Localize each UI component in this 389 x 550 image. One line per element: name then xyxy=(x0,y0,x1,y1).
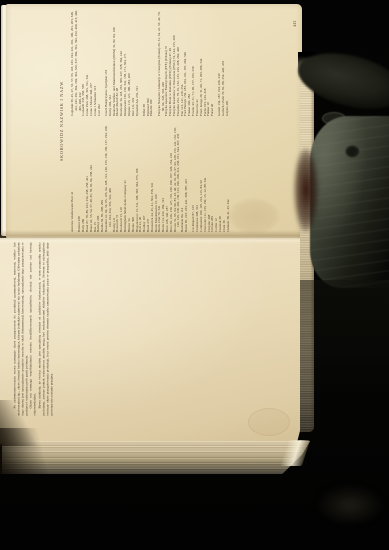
paper-stain-ring xyxy=(248,408,290,436)
dark-object-cylinder xyxy=(310,116,389,288)
page-number: 441 xyxy=(293,20,297,27)
index-entry: Aniczew Gładkowski Piotr 41 xyxy=(71,125,75,232)
index-entry: Ekholm 180 xyxy=(150,9,154,116)
index-entry: Buick 85, 223, 233, 441, 368, 387, 415 xyxy=(185,125,189,232)
photo-of-open-book: SKOROWIDZ NAZWISK I NAZW Aniczew Gładkow… xyxy=(0,0,389,550)
dark-maroon-shadow xyxy=(294,148,318,232)
paragraph: Po zademonstrowaniu wzoru następuje okre… xyxy=(13,243,29,416)
index-entry: Bessemer 41, 94, 54, 65, 105, 94, 128, 1… xyxy=(105,125,113,232)
index-entry: Furtel 40 xyxy=(211,9,215,116)
paragraph: Okres ten wymaga współdziałania wysoko k… xyxy=(29,243,37,416)
index-group: Aniczew Gładkowski Piotr 41 xyxy=(71,125,75,232)
index-group: Ballard 438Bally 286Basel 67, 78, 88, 22… xyxy=(78,125,189,232)
index-group: Car-Riquelt 87, 123Clarkstone 308, 312Co… xyxy=(192,125,230,232)
index-group: Cegielski 30, 45, 47, 53, 57, 93, 118, 1… xyxy=(71,9,102,116)
index-group: Garrett 134, 187, 194, 226, 240Gerlach i… xyxy=(218,9,229,116)
paragraph: Bywa niekiedy, że twórca modelu jest spe… xyxy=(37,243,53,416)
index-columns: Aniczew Gładkowski Piotr 41Ballard 438Ba… xyxy=(64,4,234,238)
dark-object-lower-shade xyxy=(300,280,389,460)
paper-stain xyxy=(228,198,280,234)
index-group: Fabryka Narzędzi i Amunicji w Cieszynie … xyxy=(158,9,215,116)
index-column-1: Aniczew Gładkowski Piotr 41Ballard 438Ba… xyxy=(71,125,234,232)
faint-floor-smudge xyxy=(318,486,382,524)
index-group: Eiffel 38Ejsmond 390Ekholm 180 xyxy=(143,9,154,116)
index-entry: Gdynia 281 xyxy=(226,9,230,116)
index-entry: Curt 262 xyxy=(98,9,102,116)
index-entry: Dynamit AG 232, 191 xyxy=(136,9,140,116)
index-column-2: Cegielski 30, 45, 47, 53, 57, 93, 118, 1… xyxy=(71,9,234,116)
index-group: Czech Bakijczyków Syndykat 133Darby 294,… xyxy=(105,9,139,116)
corner-shadow xyxy=(0,400,46,446)
dark-object-knob xyxy=(345,145,360,158)
